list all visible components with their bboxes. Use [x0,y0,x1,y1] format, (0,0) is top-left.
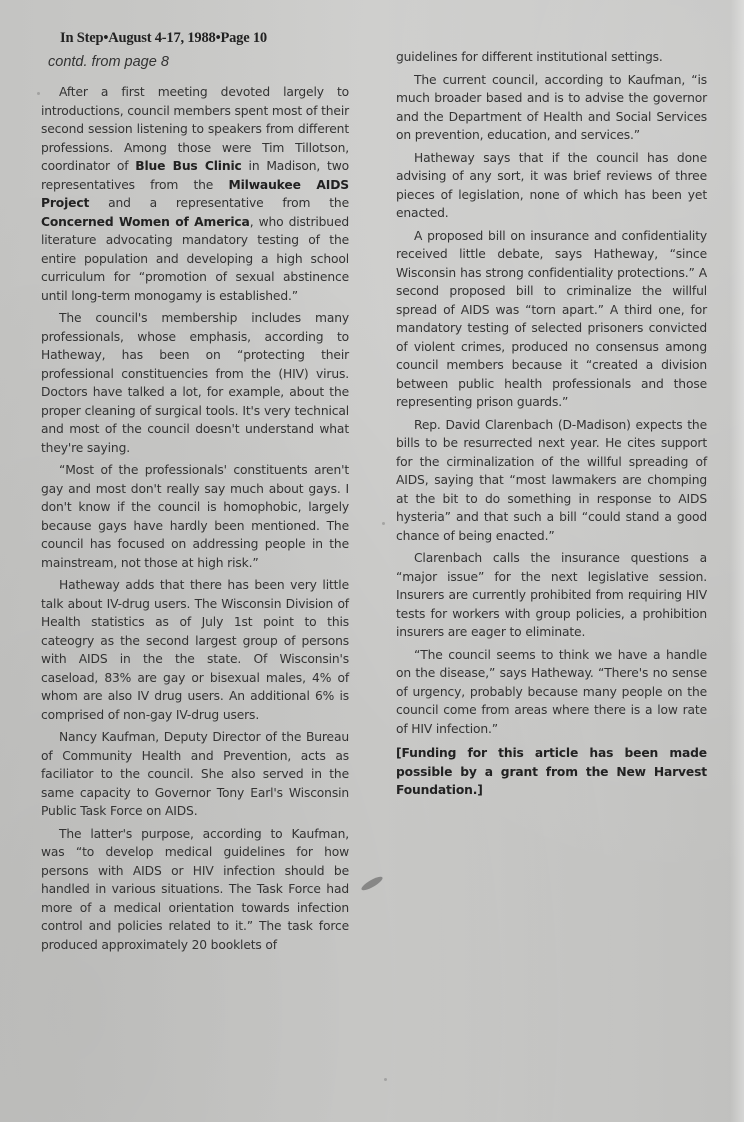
publication-header: In Step•August 4-17, 1988•Page 10 [60,30,267,47]
paragraph: “Most of the professionals' constituents… [41,461,349,572]
paragraph: The current council, according to Kaufma… [396,71,707,145]
page-edge-highlight [730,0,744,1122]
ink-smudge [360,874,384,892]
funding-credit: [Funding for this article has been made … [396,744,707,800]
org-name-blue-bus-clinic: Blue Bus Clinic [135,159,241,173]
paragraph: Hatheway says that if the council has do… [396,149,707,223]
paragraph: Rep. David Clarenbach (D-Madison) expect… [396,416,707,546]
paragraph: The latter's purpose, according to Kaufm… [41,825,349,955]
paragraph-text: and a representative from the [89,196,349,210]
paper-speck [384,1078,387,1081]
paragraph-continuation: guidelines for different institutional s… [396,48,707,67]
paragraph: The council's membership includes many p… [41,309,349,457]
paragraph: Nancy Kaufman, Deputy Director of the Bu… [41,728,349,821]
article-column-left: After a first meeting devoted largely to… [41,83,349,958]
org-name-concerned-women: Concerned Women of America [41,215,250,229]
article-column-right: guidelines for different institutional s… [396,48,707,804]
paragraph: A proposed bill on insurance and confide… [396,227,707,412]
paper-speck [37,92,40,95]
paragraph: Hatheway adds that there has been very l… [41,576,349,724]
paragraph: After a first meeting devoted largely to… [41,83,349,305]
paragraph: “The council seems to think we have a ha… [396,646,707,739]
paper-speck [382,522,385,525]
paragraph: Clarenbach calls the insurance questions… [396,549,707,642]
continued-from-label: contd. from page 8 [48,54,169,70]
